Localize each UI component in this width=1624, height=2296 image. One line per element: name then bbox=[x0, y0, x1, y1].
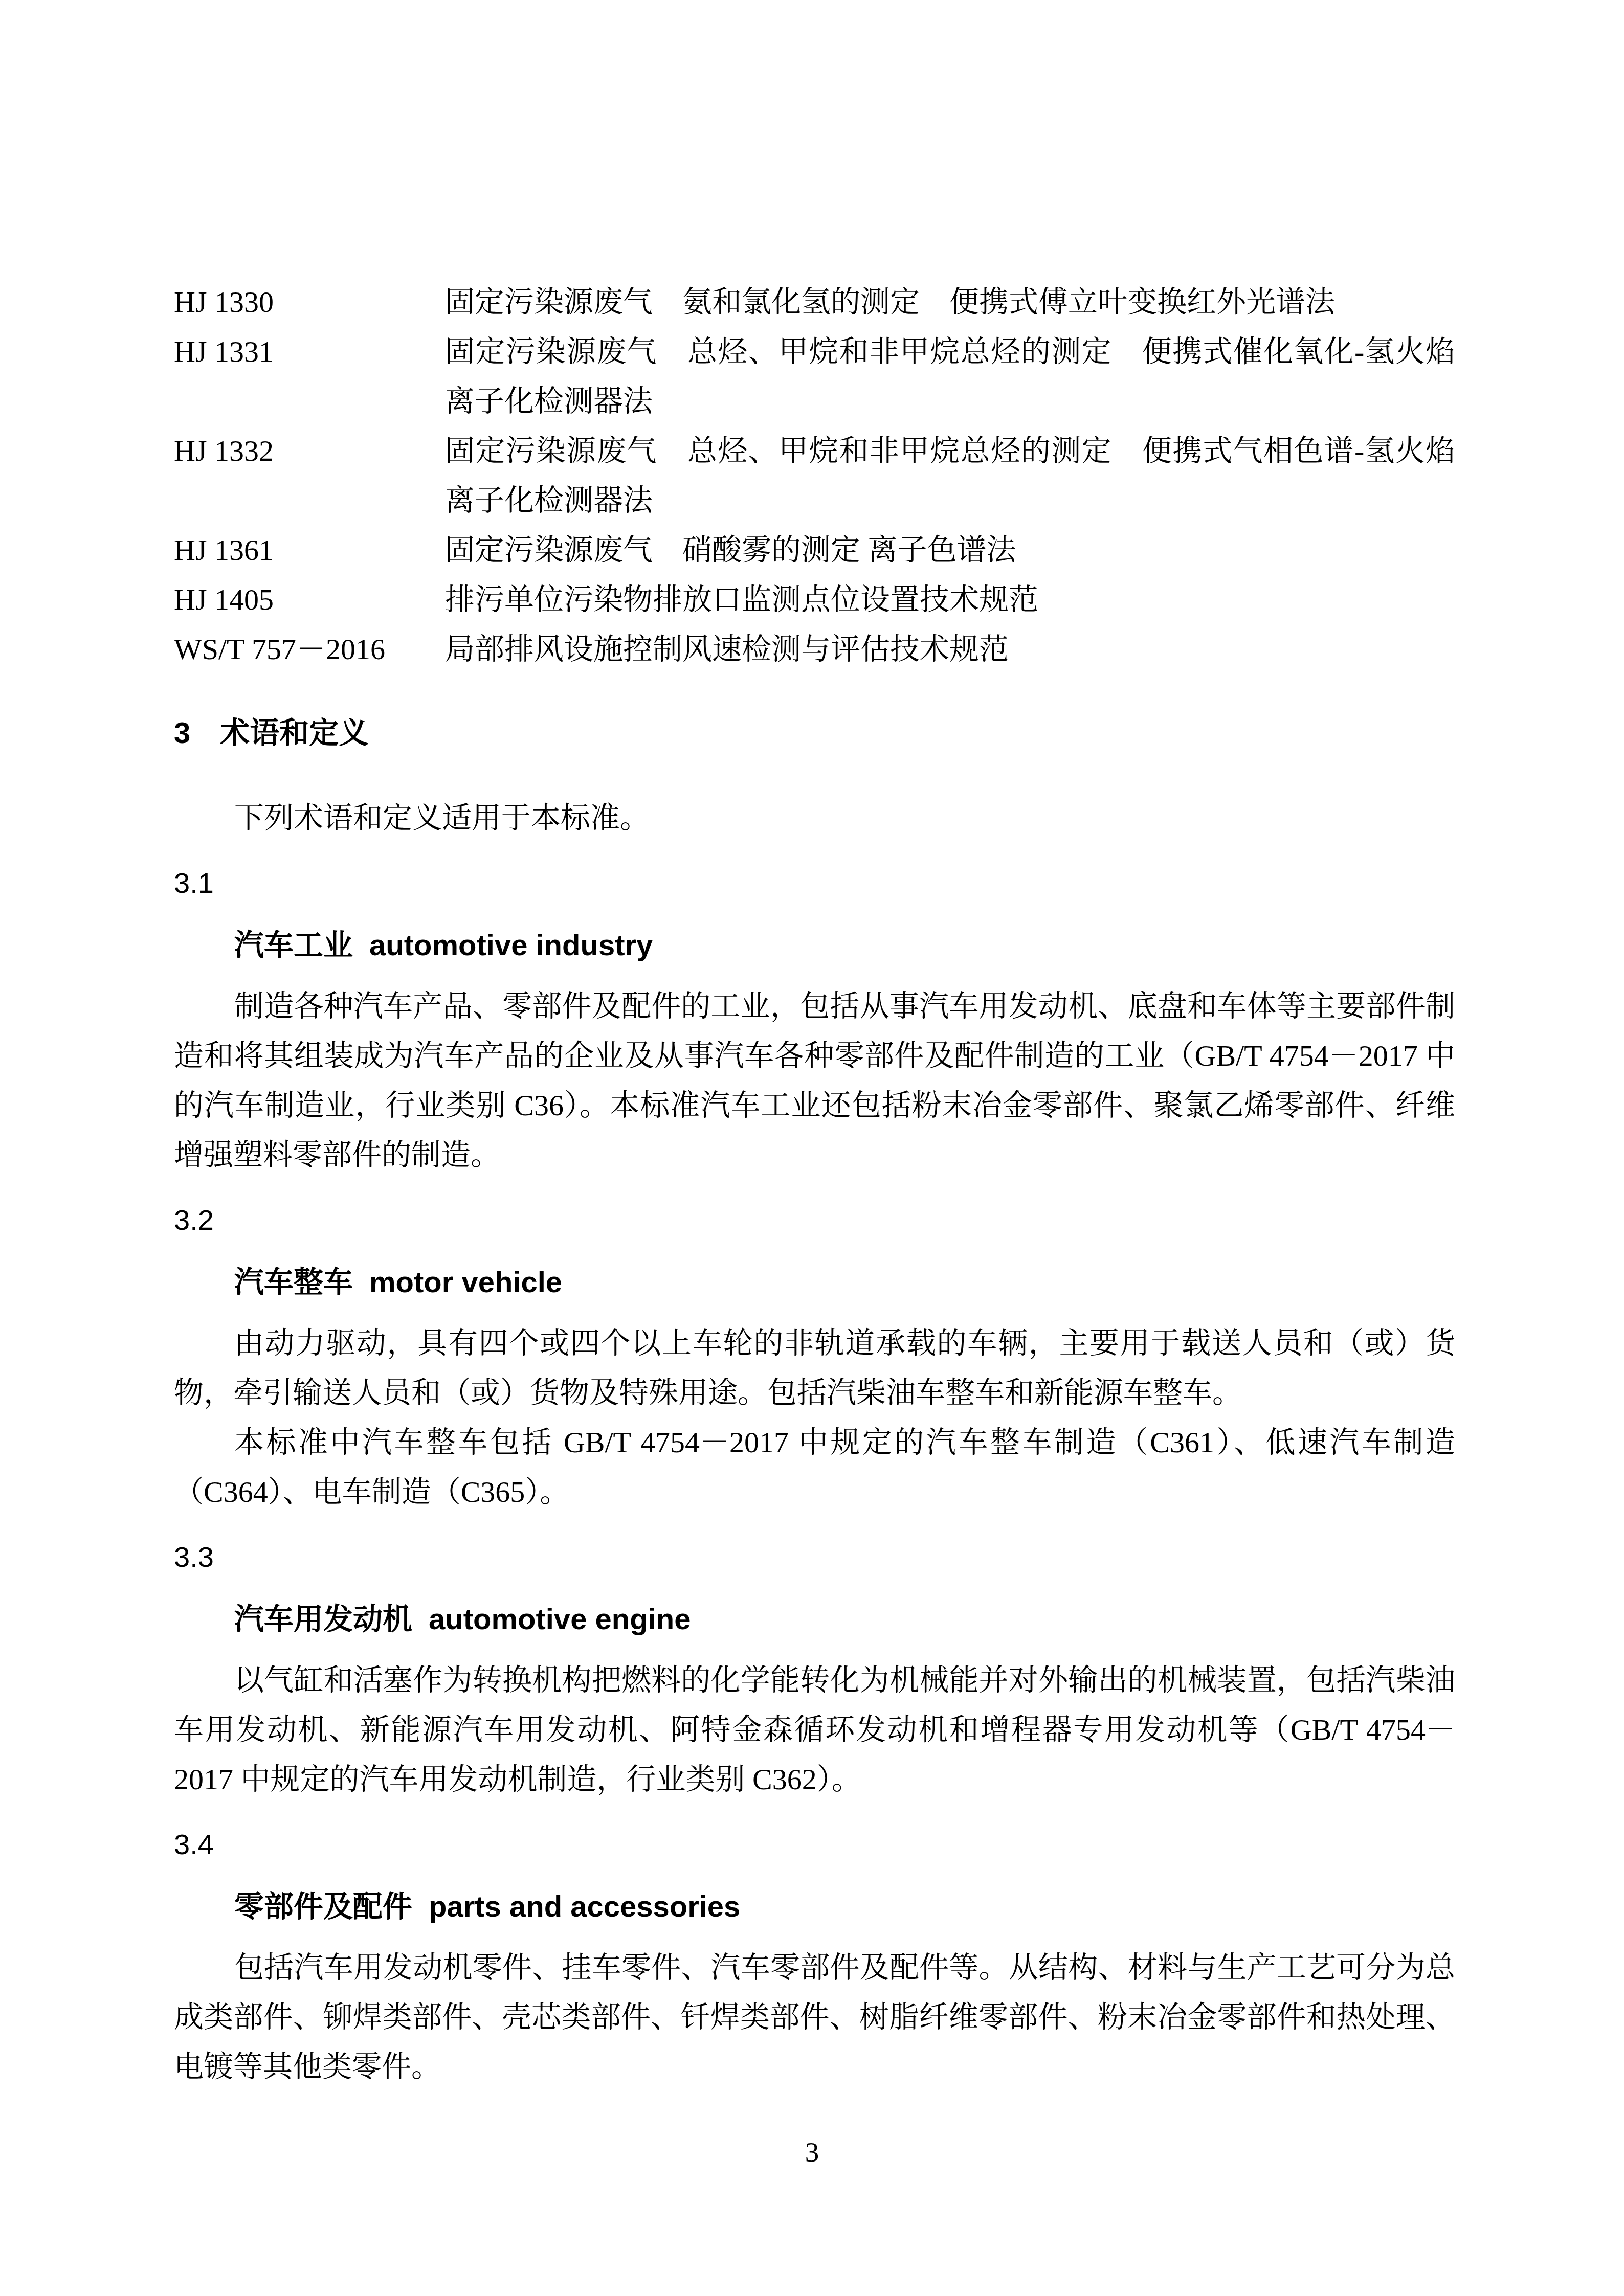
clause-number: 3.2 bbox=[174, 1195, 1455, 1245]
term-paragraph: 本标准中汽车整车包括 GB/T 4754－2017 中规定的汽车整车制造（C36… bbox=[174, 1417, 1455, 1517]
term-definition: 包括汽车用发动机零件、挂车零件、汽车零部件及配件等。从结构、材料与生产工艺可分为… bbox=[174, 1943, 1455, 2091]
clause-number: 3.4 bbox=[174, 1819, 1455, 1869]
reference-code: HJ 1405 bbox=[174, 575, 445, 624]
term-paragraph: 由动力驱动，具有四个或四个以上车轮的非轨道承载的车辆，主要用于载送人员和（或）货… bbox=[174, 1318, 1455, 1417]
term-paragraph: 以气缸和活塞作为转换机构把燃料的化学能转化为机械能并对外输出的机械装置，包括汽柴… bbox=[174, 1655, 1455, 1804]
reference-code: HJ 1331 bbox=[174, 327, 445, 376]
reference-code: HJ 1332 bbox=[174, 426, 445, 476]
term-heading: 汽车工业automotive industry bbox=[174, 920, 1455, 970]
term-paragraph: 包括汽车用发动机零件、挂车零件、汽车零部件及配件等。从结构、材料与生产工艺可分为… bbox=[174, 1943, 1455, 2091]
reference-title: 固定污染源废气 总烃、甲烷和非甲烷总烃的测定 便携式气相色谱-氢火焰离子化检测器… bbox=[445, 426, 1455, 525]
term-paragraph: 制造各种汽车产品、零部件及配件的工业，包括从事汽车用发动机、底盘和车体等主要部件… bbox=[174, 981, 1455, 1180]
term-block-3-4: 3.4 零部件及配件parts and accessories 包括汽车用发动机… bbox=[174, 1819, 1455, 2091]
reference-title: 固定污染源废气 总烃、甲烷和非甲烷总烃的测定 便携式催化氧化-氢火焰离子化检测器… bbox=[445, 327, 1455, 426]
term-heading: 汽车用发动机automotive engine bbox=[174, 1594, 1455, 1644]
term-heading: 汽车整车motor vehicle bbox=[174, 1257, 1455, 1307]
term-zh: 汽车用发动机 bbox=[234, 1603, 412, 1636]
reference-code: WS/T 757－2016 bbox=[174, 624, 445, 674]
term-definition: 以气缸和活塞作为转换机构把燃料的化学能转化为机械能并对外输出的机械装置，包括汽柴… bbox=[174, 1655, 1455, 1804]
term-block-3-2: 3.2 汽车整车motor vehicle 由动力驱动，具有四个或四个以上车轮的… bbox=[174, 1195, 1455, 1517]
reference-item: HJ 1405 排污单位污染物排放口监测点位设置技术规范 bbox=[174, 575, 1455, 624]
term-zh: 零部件及配件 bbox=[234, 1890, 412, 1923]
reference-item: HJ 1331 固定污染源废气 总烃、甲烷和非甲烷总烃的测定 便携式催化氧化-氢… bbox=[174, 327, 1455, 426]
term-en: automotive industry bbox=[369, 929, 653, 962]
reference-code: HJ 1330 bbox=[174, 277, 445, 327]
term-block-3-3: 3.3 汽车用发动机automotive engine 以气缸和活塞作为转换机构… bbox=[174, 1532, 1455, 1804]
reference-item: HJ 1330 固定污染源废气 氨和氯化氢的测定 便携式傅立叶变换红外光谱法 bbox=[174, 277, 1455, 327]
clause-number: 3.1 bbox=[174, 858, 1455, 908]
term-block-3-1: 3.1 汽车工业automotive industry 制造各种汽车产品、零部件… bbox=[174, 858, 1455, 1180]
section-intro: 下列术语和定义适用于本标准。 bbox=[174, 793, 1455, 843]
section-number: 3 bbox=[174, 716, 190, 750]
page-number: 3 bbox=[805, 2136, 819, 2168]
reference-item: WS/T 757－2016 局部排风设施控制风速检测与评估技术规范 bbox=[174, 624, 1455, 674]
term-en: motor vehicle bbox=[369, 1266, 562, 1299]
document-page: HJ 1330 固定污染源废气 氨和氯化氢的测定 便携式傅立叶变换红外光谱法 H… bbox=[0, 0, 1624, 2296]
clause-number: 3.3 bbox=[174, 1532, 1455, 1582]
reference-title: 固定污染源废气 氨和氯化氢的测定 便携式傅立叶变换红外光谱法 bbox=[445, 277, 1455, 327]
term-definition: 由动力驱动，具有四个或四个以上车轮的非轨道承载的车辆，主要用于载送人员和（或）货… bbox=[174, 1318, 1455, 1517]
references-list: HJ 1330 固定污染源废气 氨和氯化氢的测定 便携式傅立叶变换红外光谱法 H… bbox=[174, 277, 1455, 674]
reference-item: HJ 1361 固定污染源废气 硝酸雾的测定 离子色谱法 bbox=[174, 525, 1455, 575]
reference-item: HJ 1332 固定污染源废气 总烃、甲烷和非甲烷总烃的测定 便携式气相色谱-氢… bbox=[174, 426, 1455, 525]
page-footer: 3 bbox=[0, 2127, 1624, 2177]
term-zh: 汽车整车 bbox=[234, 1266, 353, 1299]
term-en: parts and accessories bbox=[429, 1890, 740, 1923]
section-title: 术语和定义 bbox=[220, 716, 368, 750]
term-heading: 零部件及配件parts and accessories bbox=[174, 1882, 1455, 1931]
term-zh: 汽车工业 bbox=[234, 929, 353, 962]
reference-title: 局部排风设施控制风速检测与评估技术规范 bbox=[445, 624, 1455, 674]
reference-title: 固定污染源废气 硝酸雾的测定 离子色谱法 bbox=[445, 525, 1455, 575]
term-en: automotive engine bbox=[429, 1603, 691, 1636]
reference-code: HJ 1361 bbox=[174, 525, 445, 575]
term-definition: 制造各种汽车产品、零部件及配件的工业，包括从事汽车用发动机、底盘和车体等主要部件… bbox=[174, 981, 1455, 1180]
reference-title: 排污单位污染物排放口监测点位设置技术规范 bbox=[445, 575, 1455, 624]
section-heading: 3术语和定义 bbox=[174, 708, 1455, 758]
